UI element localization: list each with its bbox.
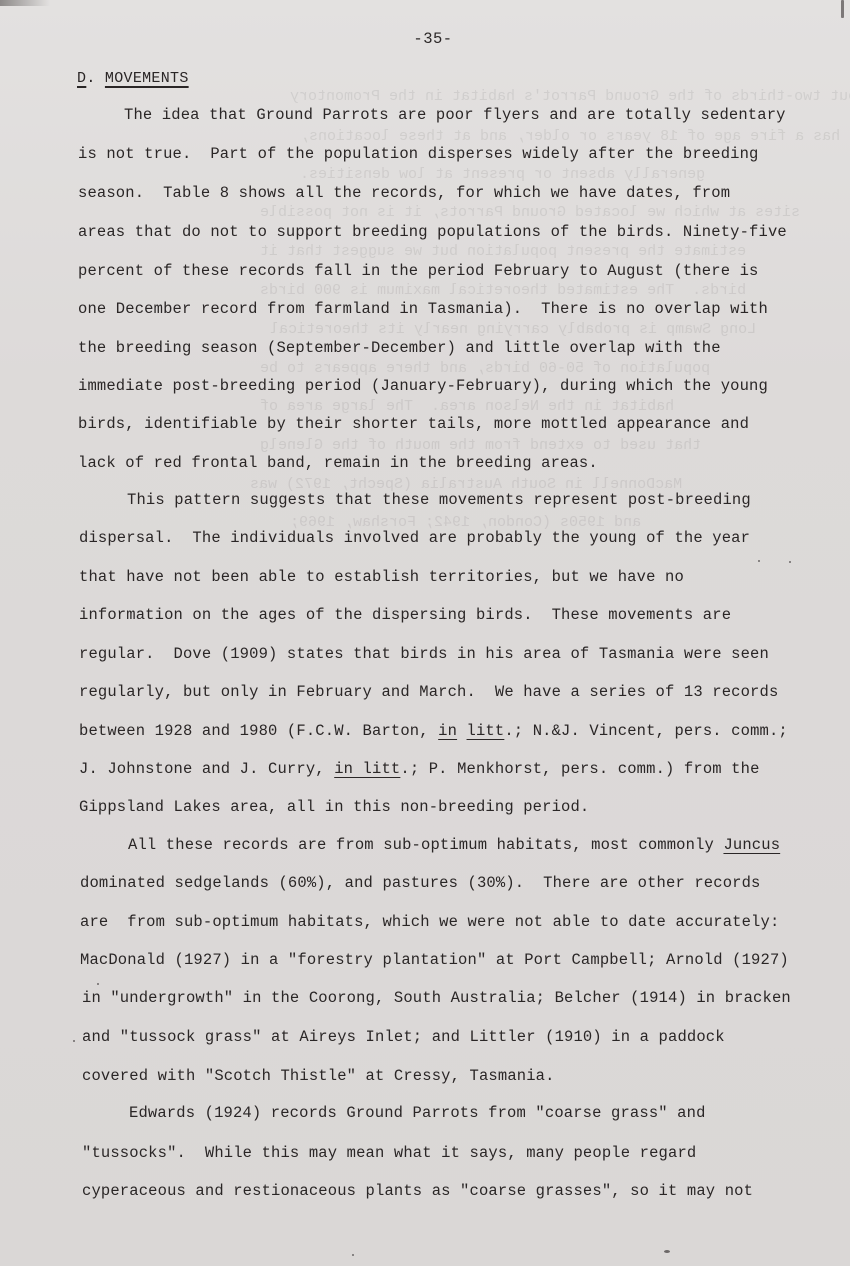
text-line: information on the ages of the dispersin… [79, 606, 731, 624]
text-line: "tussocks". While this may mean what it … [82, 1144, 696, 1162]
text-line: J. Johnstone and J. Curry, in litt.; P. … [79, 760, 760, 778]
scan-speck [97, 983, 99, 985]
bleed-line: has a fire age of 18 years or older, and… [300, 128, 840, 145]
section-heading: D. MOVEMENTS [77, 70, 189, 87]
text-line: are from sub-optimum habitats, which we … [80, 913, 779, 931]
underlined-latin-term: litt [467, 722, 505, 740]
text-line: that have not been able to establish ter… [79, 568, 684, 586]
bleed-line: population of 50-60 birds, and there app… [260, 360, 710, 377]
text-line: and "tussock grass" at Aireys Inlet; and… [82, 1028, 725, 1046]
text-span: J. Johnstone and J. Curry, [79, 760, 334, 778]
text-span: .; N.&J. Vincent, pers. comm.; [504, 722, 788, 740]
section-separator: . [86, 70, 105, 87]
text-line: immediate post-breeding period (January-… [78, 377, 768, 395]
text-line: regularly, but only in February and Marc… [79, 683, 778, 701]
text-span: .; P. Menkhorst, pers. comm.) from the [400, 760, 759, 778]
text-span [457, 722, 466, 740]
text-line: dispersal. The individuals involved are … [79, 529, 750, 547]
scan-mark [841, 0, 844, 18]
text-line: the breeding season (September-December)… [78, 339, 721, 357]
section-letter: D [77, 70, 86, 87]
text-line: lack of red frontal band, remain in the … [78, 454, 598, 472]
text-line: MacDonald (1927) in a "forestry plantati… [80, 951, 789, 969]
scan-speck [352, 1254, 354, 1256]
text-span: between 1928 and 1980 (F.C.W. Barton, [79, 722, 438, 740]
underlined-latin-term: in [438, 722, 457, 740]
text-line: season. Table 8 shows all the records, f… [78, 184, 730, 202]
text-line: regular. Dove (1909) states that birds i… [79, 645, 769, 663]
scanned-page: About two-thirds of the Ground Parrot's … [0, 0, 850, 1266]
text-line: dominated sedgelands (60%), and pastures… [80, 874, 761, 892]
bleed-line: habitat in the Nelson area. The large ar… [260, 398, 674, 415]
bleed-line: estimate the present population but we s… [260, 243, 746, 260]
bleed-line: generally absent or present at low densi… [300, 166, 705, 183]
text-line: All these records are from sub-optimum h… [128, 836, 780, 854]
scan-edge-shadow [0, 0, 50, 6]
bleed-line: that used to extend from the mouth of th… [260, 437, 701, 454]
text-line: Gippsland Lakes area, all in this non-br… [79, 798, 589, 816]
text-line: between 1928 and 1980 (F.C.W. Barton, in… [79, 722, 788, 740]
text-line: areas that do not to support breeding po… [78, 223, 787, 241]
text-line: covered with "Scotch Thistle" at Cressy,… [82, 1067, 555, 1085]
scan-speck [789, 561, 791, 563]
scan-speck [664, 1250, 670, 1253]
bleed-line: sites at which we located Ground Parrots… [260, 204, 800, 221]
scan-speck [73, 1040, 75, 1042]
bleed-line: Long Swamp is probably carrying nearly i… [270, 321, 756, 338]
underlined-latin-term: in litt [334, 760, 400, 778]
bleed-line: birds. The estimated theoretical maximum… [260, 282, 746, 299]
text-line: one December record from farmland in Tas… [78, 300, 768, 318]
bleed-line: About two-thirds of the Ground Parrot's … [290, 88, 850, 105]
section-title: MOVEMENTS [105, 70, 189, 87]
text-span: All these records are from sub-optimum h… [128, 836, 723, 854]
scan-speck [758, 560, 760, 562]
text-line: in "undergrowth" in the Coorong, South A… [82, 989, 791, 1007]
text-line: The idea that Ground Parrots are poor fl… [124, 106, 786, 124]
page-number: -35- [0, 30, 850, 48]
text-line: This pattern suggests that these movemen… [127, 491, 751, 509]
text-line: percent of these records fall in the per… [78, 262, 759, 280]
text-line: cyperaceous and restionaceous plants as … [82, 1182, 753, 1200]
text-line: birds, identifiable by their shorter tai… [78, 415, 749, 433]
text-line: is not true. Part of the population disp… [78, 145, 759, 163]
text-line: Edwards (1924) records Ground Parrots fr… [129, 1104, 706, 1122]
underlined-genus-juncus: Juncus [723, 836, 780, 854]
